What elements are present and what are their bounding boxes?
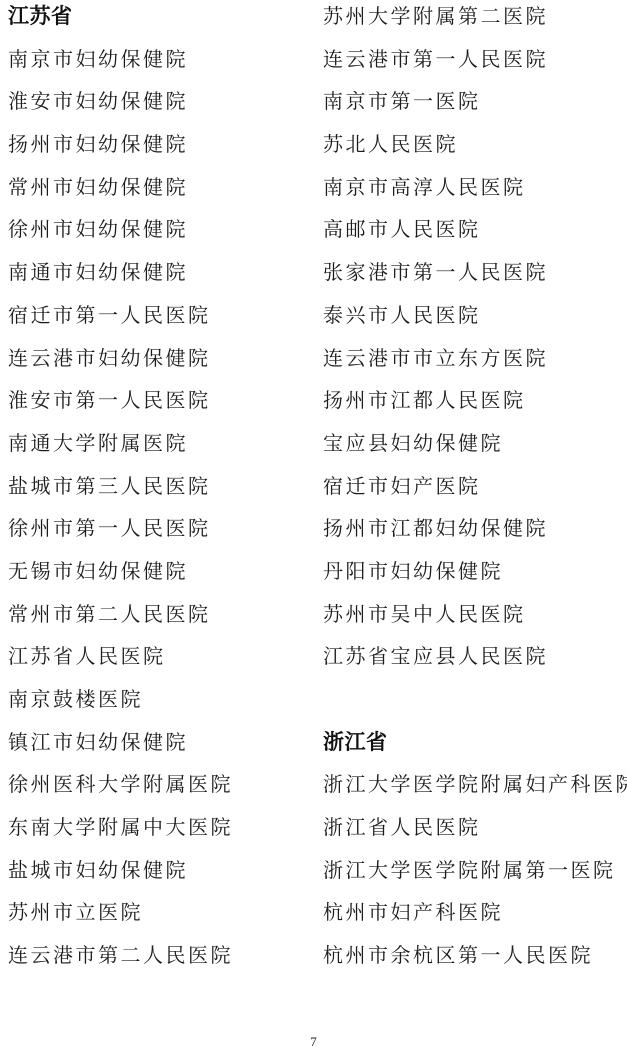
hospital-name: 东南大学附属中大医院 <box>8 815 312 858</box>
hospital-name: 淮安市第一人民医院 <box>8 388 312 431</box>
document-page: 江苏省 南京市妇幼保健院 淮安市妇幼保健院 扬州市妇幼保健院 常州市妇幼保健院 … <box>0 0 627 1056</box>
hospital-name: 南京市妇幼保健院 <box>8 47 312 90</box>
hospital-name: 扬州市江都妇幼保健院 <box>323 516 627 559</box>
hospital-name: 杭州市余杭区第一人民医院 <box>323 943 627 986</box>
hospital-name: 连云港市市立东方医院 <box>323 346 627 389</box>
section-title-zhejiang: 浙江省 <box>323 730 627 773</box>
column-right: 苏州大学附属第二医院 连云港市第一人民医院 南京市第一医院 苏北人民医院 南京市… <box>323 4 627 986</box>
hospital-name: 连云港市妇幼保健院 <box>8 346 312 389</box>
hospital-name: 连云港市第一人民医院 <box>323 47 627 90</box>
hospital-name: 高邮市人民医院 <box>323 217 627 260</box>
hospital-name: 苏州市吴中人民医院 <box>323 602 627 645</box>
hospital-name: 浙江省人民医院 <box>323 815 627 858</box>
hospital-name: 南京市高淳人民医院 <box>323 175 627 218</box>
hospital-name: 连云港市第二人民医院 <box>8 943 312 986</box>
hospital-name: 南京市第一医院 <box>323 89 627 132</box>
hospital-name: 扬州市江都人民医院 <box>323 388 627 431</box>
hospital-name: 徐州市妇幼保健院 <box>8 217 312 260</box>
hospital-name: 苏州市立医院 <box>8 900 312 943</box>
hospital-name: 扬州市妇幼保健院 <box>8 132 312 175</box>
hospital-name: 徐州市第一人民医院 <box>8 516 312 559</box>
hospital-name: 宿迁市第一人民医院 <box>8 303 312 346</box>
hospital-name: 浙江大学医学院附属妇产科医院 <box>323 772 627 815</box>
hospital-name: 苏州大学附属第二医院 <box>323 4 627 47</box>
hospital-name: 徐州医科大学附属医院 <box>8 772 312 815</box>
hospital-name: 浙江大学医学院附属第一医院 <box>323 858 627 901</box>
hospital-name: 杭州市妇产科医院 <box>323 900 627 943</box>
hospital-name: 南京鼓楼医院 <box>8 687 312 730</box>
hospital-name: 宿迁市妇产医院 <box>323 474 627 517</box>
section-title-jiangsu: 江苏省 <box>8 4 312 47</box>
hospital-name: 盐城市第三人民医院 <box>8 474 312 517</box>
hospital-name: 江苏省人民医院 <box>8 644 312 687</box>
hospital-name: 淮安市妇幼保健院 <box>8 89 312 132</box>
hospital-name: 宝应县妇幼保健院 <box>323 431 627 474</box>
hospital-name: 盐城市妇幼保健院 <box>8 858 312 901</box>
hospital-name: 张家港市第一人民医院 <box>323 260 627 303</box>
blank-line <box>323 687 627 730</box>
hospital-name: 常州市妇幼保健院 <box>8 175 312 218</box>
hospital-name: 江苏省宝应县人民医院 <box>323 644 627 687</box>
hospital-name: 南通市妇幼保健院 <box>8 260 312 303</box>
hospital-name: 苏北人民医院 <box>323 132 627 175</box>
hospital-name: 镇江市妇幼保健院 <box>8 730 312 773</box>
hospital-name: 无锡市妇幼保健院 <box>8 559 312 602</box>
page-number: 7 <box>0 1034 627 1050</box>
hospital-name: 泰兴市人民医院 <box>323 303 627 346</box>
hospital-name: 丹阳市妇幼保健院 <box>323 559 627 602</box>
hospital-name: 常州市第二人民医院 <box>8 602 312 645</box>
hospital-name: 南通大学附属医院 <box>8 431 312 474</box>
column-left: 江苏省 南京市妇幼保健院 淮安市妇幼保健院 扬州市妇幼保健院 常州市妇幼保健院 … <box>8 4 312 986</box>
